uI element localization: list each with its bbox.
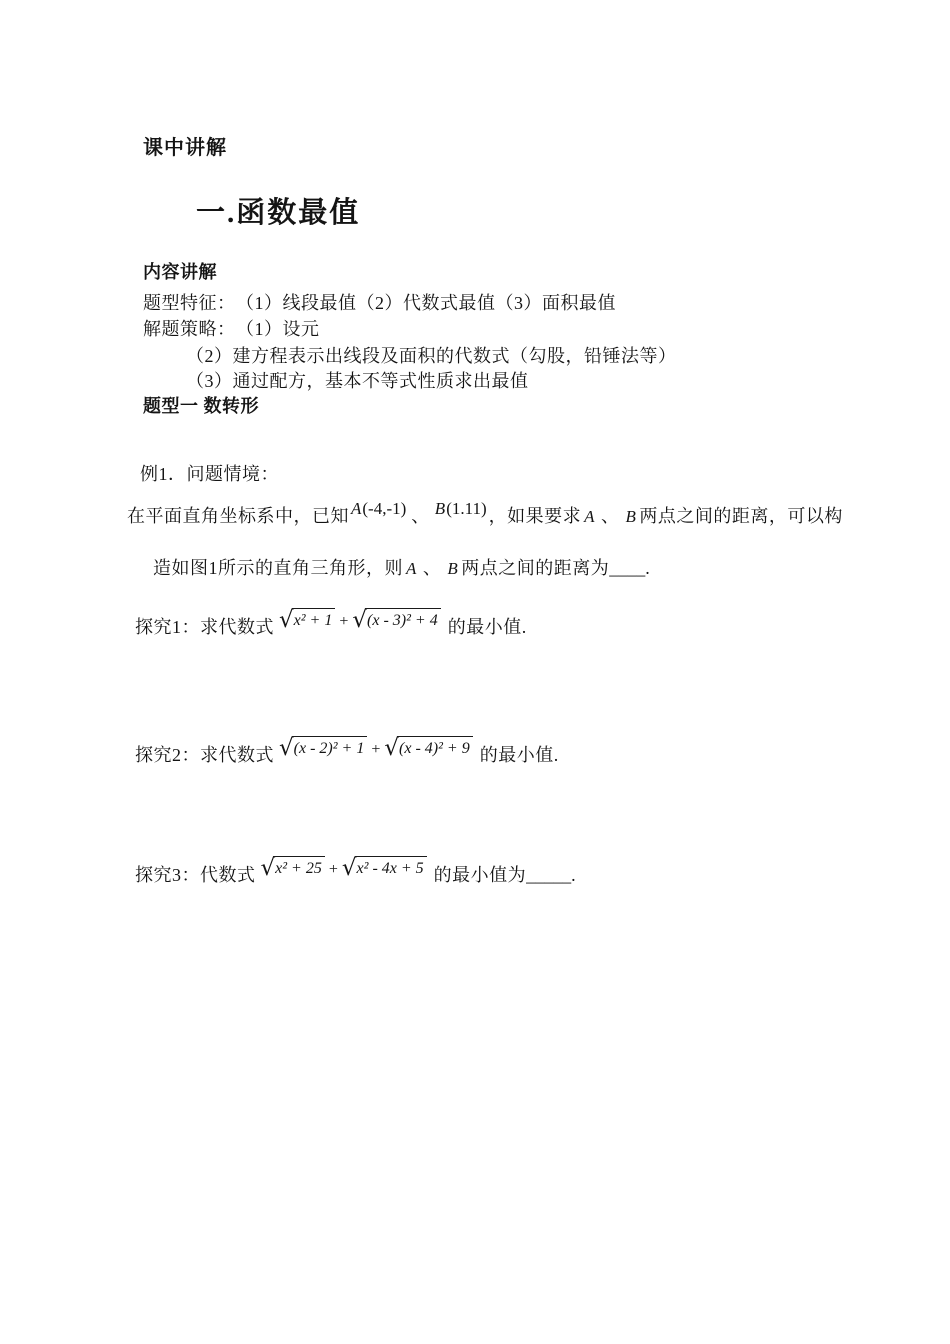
strategy-line-1: 解题策略： （1）设元 <box>143 316 320 342</box>
problem-type-heading: 题型一 数转形 <box>143 394 259 418</box>
point-a-args: (-4,-1) <box>362 499 406 518</box>
example-text: ，如果要求 <box>489 506 582 526</box>
sqrt-term-right: √(x - 3)² + 4 <box>352 608 440 633</box>
radicand: x² + 25 <box>273 856 325 879</box>
var-a: A <box>584 507 595 526</box>
exploration-2: 探究2： 求代数式 √(x - 2)² + 1 + √(x - 4)² + 9 … <box>135 726 559 768</box>
var-b: B <box>626 507 637 526</box>
period: . <box>571 862 576 888</box>
point-b-args: (1.11) <box>446 499 486 518</box>
point-a-name: A <box>351 499 361 518</box>
example-label: 例1．问题情境： <box>140 461 279 487</box>
sqrt-term-right: √(x - 4)² + 9 <box>384 736 472 761</box>
sqrt-term-left: √(x - 2)² + 1 <box>279 736 367 761</box>
sqrt-term-right: √x² - 4x + 5 <box>342 856 427 881</box>
exploration-lead: 代数式 <box>200 862 256 888</box>
var-b: B <box>447 559 458 578</box>
exploration-label: 探究2： <box>135 742 200 768</box>
content-explain-label: 内容讲解 <box>143 260 217 284</box>
example-text: 在平面直角坐标系中，已知 <box>127 506 349 526</box>
example-line-1: 在平面直角坐标系中，已知A(-4,-1)、B(1.11)，如果要求A、B两点之间… <box>127 503 843 530</box>
radicand: x² + 1 <box>292 608 336 631</box>
answer-blank: ____ <box>609 558 645 578</box>
plus-sign: + <box>371 738 380 761</box>
exploration-1: 探究1： 求代数式 √x² + 1 + √(x - 3)² + 4 的最小值. <box>135 598 527 640</box>
point-b-coordinates: B(1.11) <box>435 499 487 518</box>
sqrt-term-left: √x² + 1 <box>279 608 335 633</box>
feature-line: 题型特征： （1）线段最值（2）代数式最值（3）面积最值 <box>143 290 616 316</box>
min-value-expression: √x² + 25 + √x² - 4x + 5 <box>261 856 427 881</box>
exploration-tail: 的最小值为 <box>434 862 527 888</box>
radicand: x² - 4x + 5 <box>355 856 427 879</box>
period: . <box>645 558 650 578</box>
exploration-label: 探究3： <box>135 862 200 888</box>
exploration-lead: 求代数式 <box>200 614 274 640</box>
exploration-3: 探究3： 代数式 √x² + 25 + √x² - 4x + 5 的最小值为__… <box>135 846 576 888</box>
enumeration-mark: 、 <box>411 506 430 526</box>
exploration-lead: 求代数式 <box>200 742 274 768</box>
document-page: 课中讲解 一.函数最值 内容讲解 题型特征： （1）线段最值（2）代数式最值（3… <box>0 0 950 1344</box>
strategy-line-2: （2）建方程表示出线段及面积的代数式（勾股，铅锤法等） <box>186 343 677 369</box>
radicand: (x - 4)² + 9 <box>397 736 473 759</box>
min-value-expression: √x² + 1 + √(x - 3)² + 4 <box>279 608 441 633</box>
radicand: (x - 3)² + 4 <box>365 608 441 631</box>
min-value-expression: √(x - 2)² + 1 + √(x - 4)² + 9 <box>279 736 473 761</box>
exploration-tail: 的最小值. <box>448 614 527 640</box>
point-a-coordinates: A(-4,-1) <box>351 499 406 518</box>
radicand: (x - 2)² + 1 <box>292 736 368 759</box>
answer-blank: _____ <box>526 862 571 888</box>
example-text: 两点之间的距离为 <box>461 558 609 578</box>
strategy-line-3: （3）通过配方，基本不等式性质求出最值 <box>186 368 529 394</box>
exploration-tail: 的最小值. <box>480 742 559 768</box>
main-title: 一.函数最值 <box>196 196 360 230</box>
exploration-label: 探究1： <box>135 614 200 640</box>
example-line-2: 造如图1所示的直角三角形，则A、B两点之间的距离为____. <box>153 555 650 582</box>
point-b-name: B <box>435 499 445 518</box>
var-a: A <box>406 559 417 578</box>
example-text: 造如图1所示的直角三角形，则 <box>153 558 403 578</box>
plus-sign: + <box>339 610 348 633</box>
enumeration-mark: 、 <box>423 558 442 578</box>
plus-sign: + <box>329 858 338 881</box>
course-section-heading: 课中讲解 <box>143 136 227 160</box>
example-text: 两点之间的距离，可以构 <box>639 506 843 526</box>
sqrt-term-left: √x² + 25 <box>261 856 325 881</box>
enumeration-mark: 、 <box>601 506 620 526</box>
